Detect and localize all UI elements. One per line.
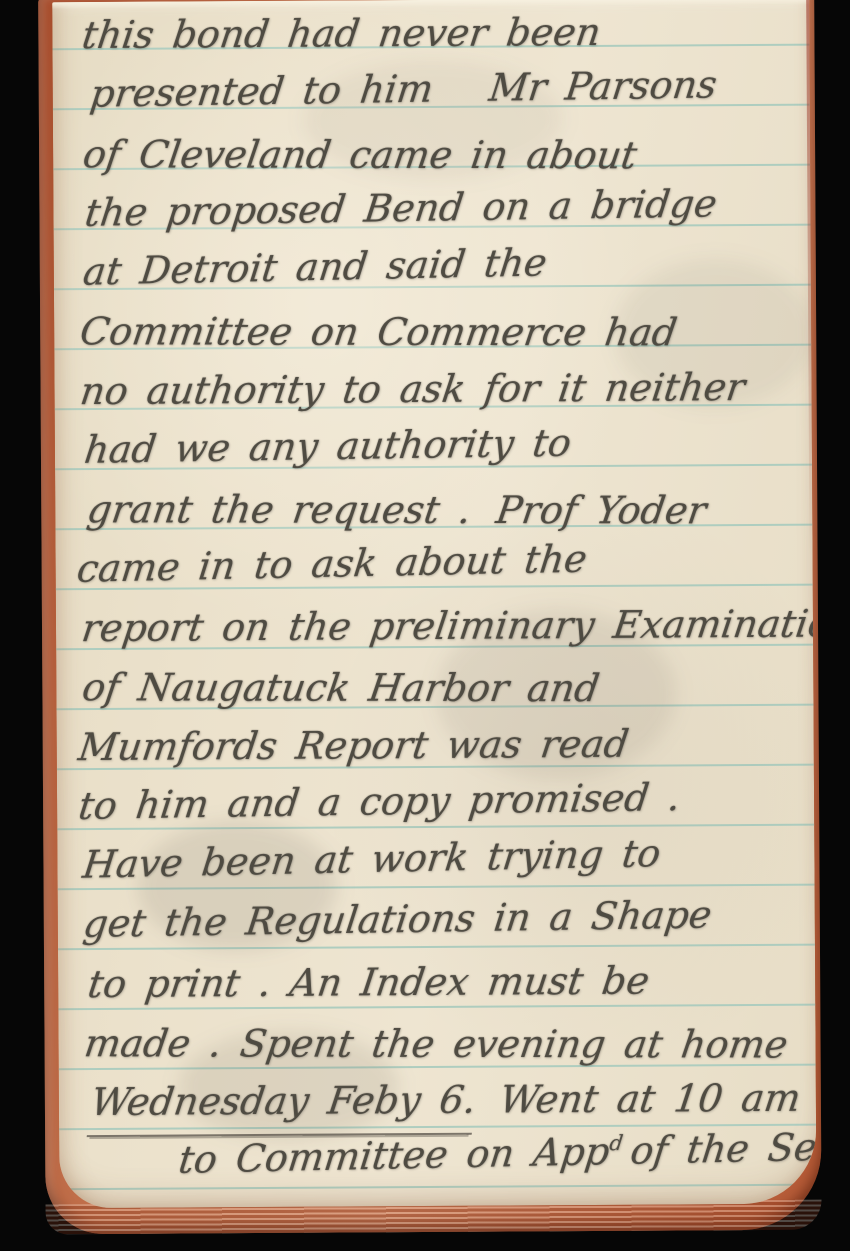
- handwritten-line: made . Spent the evening at home: [59, 1014, 816, 1075]
- handwritten-line: presented to himMr Parsons: [52, 54, 810, 125]
- handwriting-segment: this bond had never been: [78, 3, 604, 66]
- handwriting-segment: at Detroit and said the: [80, 233, 550, 302]
- handwritten-line: had we any authority to: [54, 410, 812, 481]
- handwriting-segment: grant the request .: [83, 481, 475, 541]
- handwriting-segment: get the Regulations in a Shape: [80, 886, 715, 955]
- handwritten-line: Committee on Commerce had: [54, 303, 811, 364]
- handwriting-text: this bond had never beenpresented to him…: [52, 2, 816, 1209]
- handwritten-line: to print . An Index must be: [58, 950, 815, 1014]
- handwriting-segment: of Naugatuck Harbor and: [78, 659, 603, 719]
- notebook-photo: this bond had never beenpresented to him…: [0, 0, 850, 1251]
- handwriting-segment: of the Senate: [627, 1116, 816, 1181]
- page-group: this bond had never beenpresented to him…: [0, 0, 850, 1251]
- handwriting-segment: to print . An Index must be: [84, 951, 653, 1014]
- handwritten-line: of Naugatuck Harbor and: [57, 659, 814, 720]
- notebook-page: this bond had never beenpresented to him…: [52, 0, 816, 1208]
- handwritten-line: report on the preliminary Examination: [56, 595, 813, 659]
- handwriting-segment: report on the preliminary Examination: [78, 594, 817, 658]
- handwriting-segment: made . Spent the evening at home: [81, 1014, 792, 1075]
- handwriting-segment: came in to ask about the: [74, 529, 591, 599]
- handwriting-segment: had we any authority to: [81, 414, 575, 481]
- handwriting-segment: Mumfords Report was read: [75, 714, 633, 777]
- handwriting-segment: Committee on Commerce had: [76, 303, 681, 363]
- handwriting-segment: presented to him: [87, 60, 437, 124]
- handwriting-segment: to Committee on App: [175, 1122, 613, 1190]
- handwriting-segment: Mr Parsons: [485, 56, 720, 119]
- handwriting-segment: Have been at work trying to: [79, 824, 663, 895]
- handwritten-line: get the Regulations in a Shape: [57, 884, 815, 955]
